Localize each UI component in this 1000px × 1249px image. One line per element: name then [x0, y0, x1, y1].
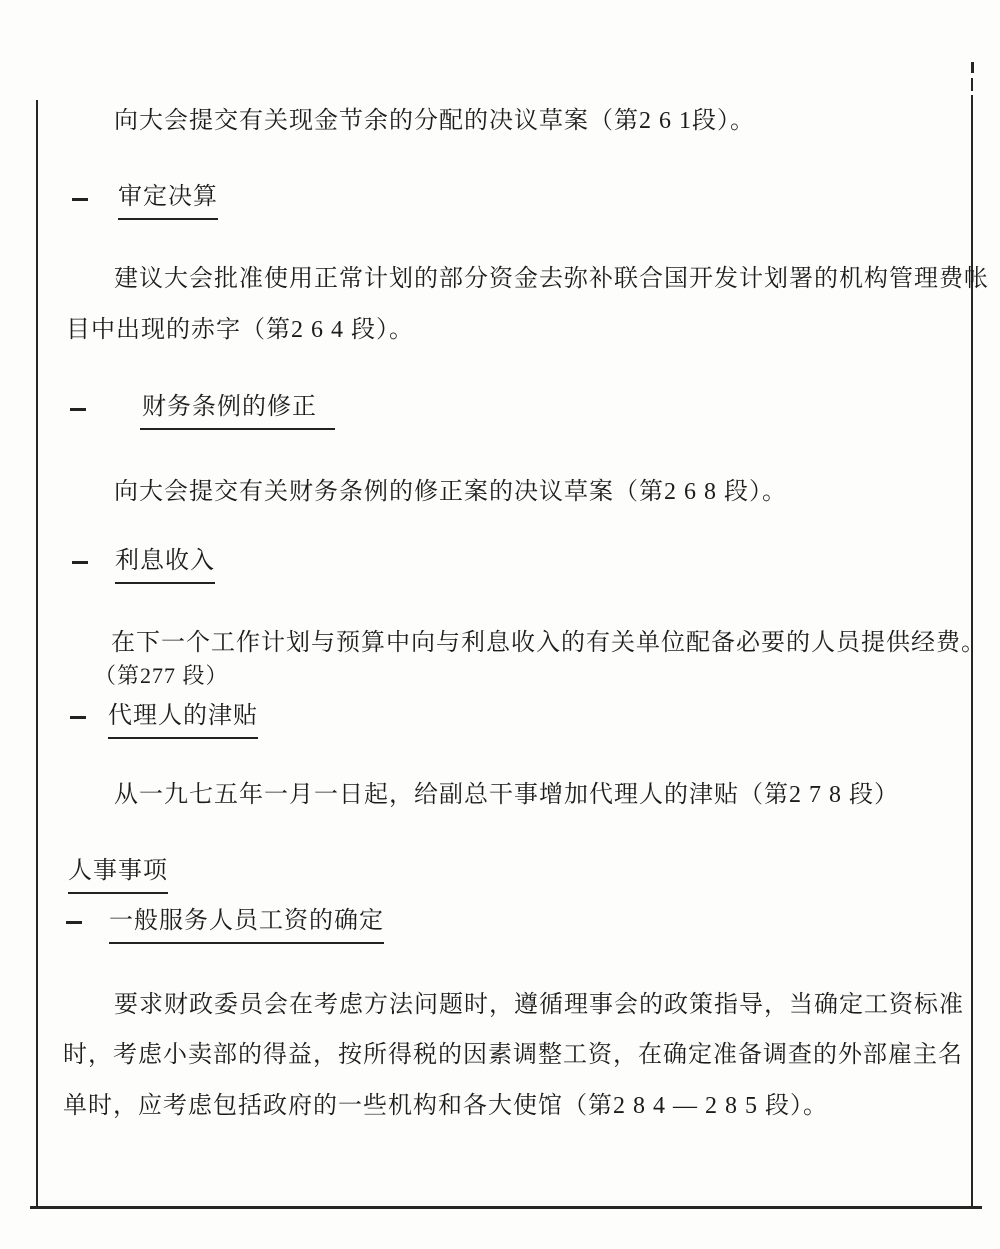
section-heading-personnel-matters: 人事事项	[68, 856, 168, 894]
paragraph-264-line2: 目中出现的赤字（第2 6 4 段）。	[66, 315, 414, 345]
paragraph-284-line2: 时，考虑小卖部的得益，按所得税的因素调整工资，在确定准备调查的外部雇主名	[63, 1040, 963, 1070]
paragraph-261: 向大会提交有关现金节余的分配的决议草案（第2 6 1段）。	[114, 106, 755, 136]
paragraph-264-line1: 建议大会批准使用正常计划的部分资金去弥补联合国开发计划署的机构管理费帐	[114, 264, 989, 294]
frame-right-line-dash-mid	[971, 78, 973, 91]
bullet-dash-interest-income	[72, 561, 88, 564]
heading-interest-income: 利息收入	[115, 546, 215, 584]
paragraph-277-line1: 在下一个工作计划与预算中向与利息收入的有关单位配备必要的人员提供经费。	[111, 628, 986, 658]
bullet-dash-general-service-wages	[66, 921, 82, 924]
heading-financial-regulations: 财务条例的修正	[140, 392, 335, 430]
heading-officer-allowance: 代理人的津贴	[108, 701, 258, 739]
paragraph-284-line1: 要求财政委员会在考虑方法问题时，遵循理事会的政策指导，当确定工资标准	[114, 990, 964, 1020]
paragraph-268: 向大会提交有关财务条例的修正案的决议草案（第2 6 8 段）。	[114, 477, 787, 507]
document-page: 向大会提交有关现金节余的分配的决议草案（第2 6 1段）。 审定决算 建议大会批…	[0, 0, 1000, 1249]
paragraph-284-line3: 单时，应考虑包括政府的一些机构和各大使馆（第2 8 4 — 2 8 5 段）。	[63, 1091, 828, 1121]
frame-bottom-line	[30, 1206, 982, 1209]
bullet-dash-officer-allowance	[70, 716, 86, 719]
frame-left-line	[36, 100, 38, 1208]
paragraph-277-line2: （第277 段）	[94, 662, 229, 690]
bullet-dash-audit	[72, 198, 88, 201]
paragraph-278: 从一九七五年一月一日起，给副总干事增加代理人的津贴（第2 7 8 段）	[114, 780, 899, 810]
heading-general-service-wages: 一般服务人员工资的确定	[109, 906, 384, 944]
bullet-dash-financial-regulations	[70, 408, 86, 411]
heading-audit-accounts: 审定决算	[118, 182, 218, 220]
frame-right-line-dash-top	[971, 62, 974, 73]
